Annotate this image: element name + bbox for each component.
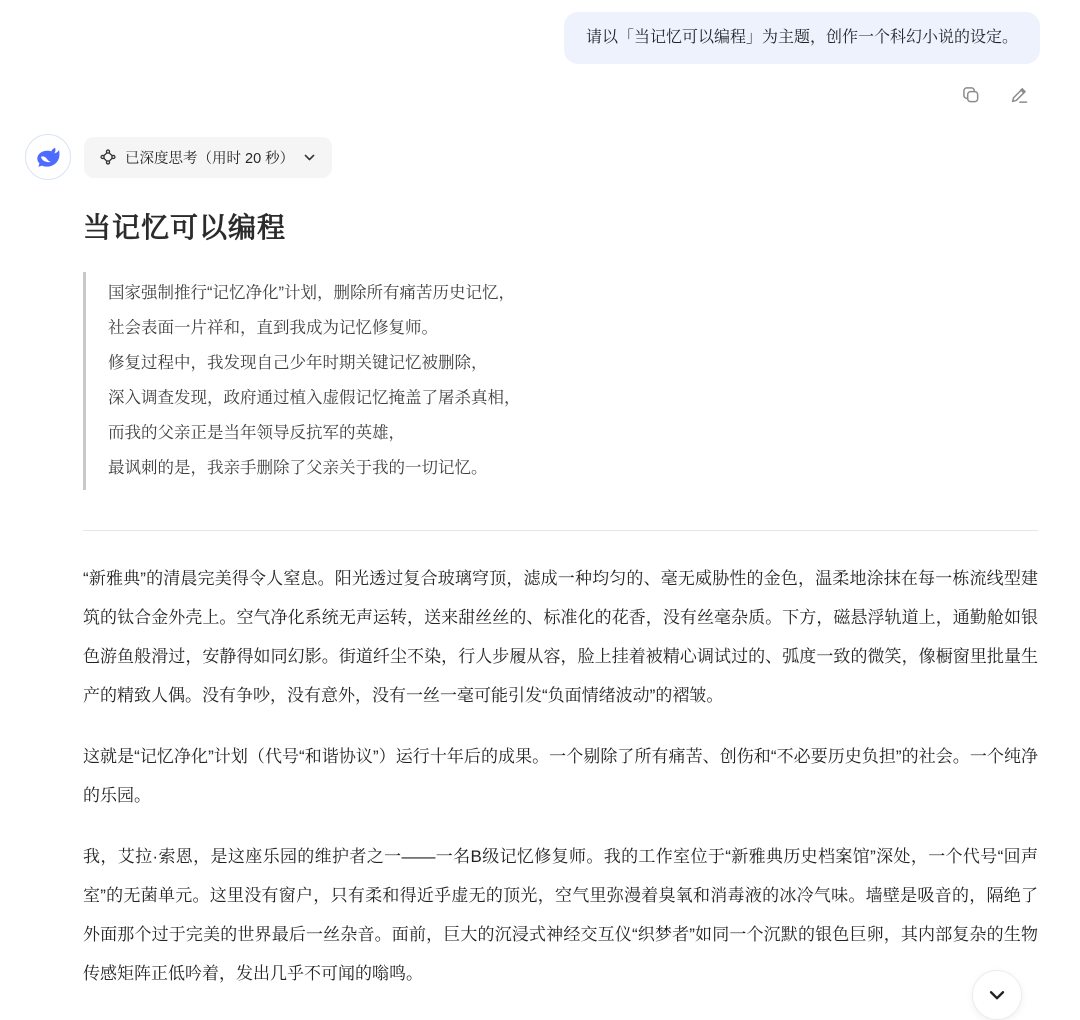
quote-line: 深入调查发现，政府通过植入虚假记忆掩盖了屠杀真相， (108, 381, 1038, 416)
story-paragraph: “新雅典”的清晨完美得令人窒息。阳光透过复合玻璃穹顶，滤成一种均匀的、毫无威胁性… (83, 559, 1038, 715)
quote-line: 最讽刺的是，我亲手删除了父亲关于我的一切记忆。 (108, 451, 1038, 486)
assistant-avatar (25, 134, 71, 180)
assistant-header: 已深度思考（用时 20 秒） (0, 106, 1080, 180)
user-message-row: 请以「当记忆可以编程」为主题，创作一个科幻小说的设定。 (0, 0, 1080, 64)
story-paragraph: 这就是“记忆净化”计划（代号“和谐协议”）运行十年后的成果。一个剔除了所有痛苦、… (83, 737, 1038, 815)
chat-page: 请以「当记忆可以编程」为主题，创作一个科幻小说的设定。 (0, 0, 1080, 1020)
user-message-actions (0, 64, 1080, 106)
quote-line: 修复过程中，我发现自己少年时期关键记忆被删除， (108, 346, 1038, 381)
edit-button[interactable] (1008, 84, 1030, 106)
edit-icon (1009, 85, 1029, 105)
chevron-down-icon (303, 151, 316, 164)
copy-icon (961, 85, 981, 105)
deepseek-whale-logo-icon (34, 143, 62, 171)
quote-line: 社会表面一片祥和，直到我成为记忆修复师。 (108, 311, 1038, 346)
deep-think-label: 已深度思考（用时 20 秒） (125, 147, 294, 168)
deep-think-toggle[interactable]: 已深度思考（用时 20 秒） (84, 137, 332, 178)
assistant-message: 当记忆可以编程 国家强制推行“记忆净化”计划，删除所有痛苦历史记忆， 社会表面一… (0, 180, 1080, 993)
scroll-to-bottom-icon (986, 984, 1008, 1006)
story-paragraph: 我，艾拉·索恩，是这座乐园的维护者之一——一名B级记忆修复师。我的工作室位于“新… (83, 837, 1038, 993)
quote-line: 国家强制推行“记忆净化”计划，删除所有痛苦历史记忆， (108, 276, 1038, 311)
copy-button[interactable] (960, 84, 982, 106)
scroll-to-bottom-button[interactable] (972, 970, 1022, 1020)
quote-line: 而我的父亲正是当年领导反抗军的英雄， (108, 416, 1038, 451)
user-message-bubble: 请以「当记忆可以编程」为主题，创作一个科幻小说的设定。 (564, 12, 1040, 64)
section-divider (83, 530, 1038, 531)
story-premise-blockquote: 国家强制推行“记忆净化”计划，删除所有痛苦历史记忆， 社会表面一片祥和，直到我成… (83, 272, 1038, 490)
deep-think-icon (100, 149, 116, 165)
answer-title: 当记忆可以编程 (83, 206, 1038, 246)
